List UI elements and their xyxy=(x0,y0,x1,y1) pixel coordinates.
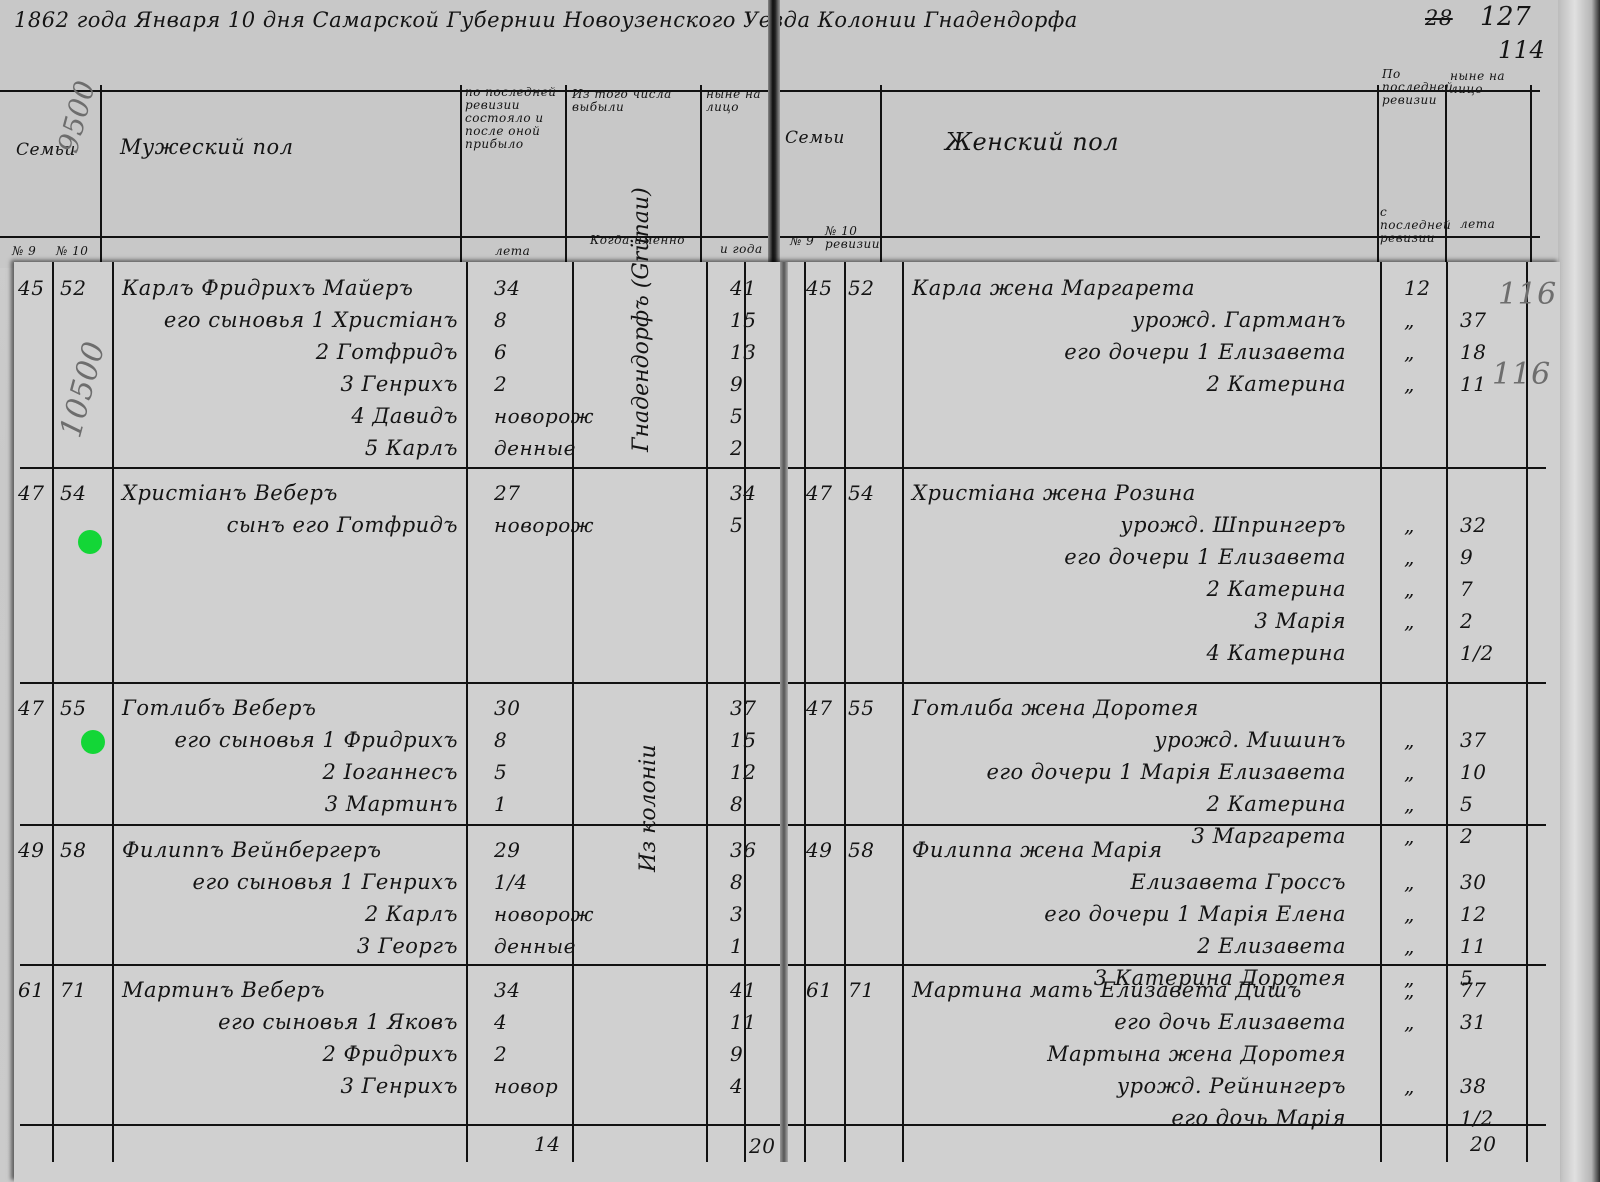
male-age-previous: новорож xyxy=(494,902,594,926)
pencil-mark: 10500 xyxy=(53,338,112,442)
male-age-previous: новор xyxy=(494,1074,558,1098)
column-rule xyxy=(706,262,708,1162)
col-female-last-revision: По последней ревизии xyxy=(1382,68,1442,107)
female-person-name: 3 Марія xyxy=(1254,609,1346,633)
sub-no9-right: № 9 xyxy=(790,235,814,248)
male-age-previous: 1 xyxy=(494,792,507,816)
header-divider xyxy=(565,85,567,265)
male-person-name: его сыновья 1 Яковъ xyxy=(218,1010,458,1034)
column-rule xyxy=(844,262,846,1162)
female-age-previous: „ xyxy=(1404,728,1415,752)
sub-years2: и года xyxy=(720,243,763,256)
female-person-name: Филиппа жена Марія xyxy=(912,838,1163,862)
female-person-name: урожд. Гартманъ xyxy=(1132,308,1346,332)
female-age-previous: „ xyxy=(1404,760,1415,784)
col-now: ныне на лицо xyxy=(706,88,764,114)
female-person-name: его дочери 1 Елизавета xyxy=(1064,340,1346,364)
header-divider xyxy=(1445,85,1447,265)
female-age-now: 32 xyxy=(1460,513,1486,537)
male-person-name: 3 Мартинъ xyxy=(325,792,458,816)
female-person-name: Мартина мать Елизавета Дишъ xyxy=(912,978,1302,1002)
female-age-previous: „ xyxy=(1404,372,1415,396)
female-person-name: его дочь Марія xyxy=(1171,1106,1346,1130)
female-age-now: 38 xyxy=(1460,1074,1486,1098)
header-divider xyxy=(1377,85,1379,265)
column-rule xyxy=(902,262,904,1162)
binding-tear xyxy=(768,0,780,262)
total-male-prev: 14 xyxy=(534,1132,560,1156)
female-person-name: Карла жена Маргарета xyxy=(912,276,1195,300)
male-person-name: 4 Давидъ xyxy=(351,404,458,428)
total-male-now: 20 xyxy=(749,1134,775,1158)
female-person-name: 4 Катерина xyxy=(1207,641,1346,665)
male-family-number: 49 xyxy=(18,838,44,862)
female-age-now: 7 xyxy=(1460,577,1473,601)
male-person-name: 2 Іоганнесъ xyxy=(323,760,458,784)
header-line: 1862 года Января 10 дня Самарской Губерн… xyxy=(14,8,1078,32)
male-age-now: 9 xyxy=(730,1042,743,1066)
female-person-name: Христіана жена Розина xyxy=(912,481,1196,505)
female-person-name: урожд. Шпрингеръ xyxy=(1120,513,1346,537)
male-person-name: Христіанъ Веберъ xyxy=(122,481,338,505)
header-divider xyxy=(100,85,102,265)
column-rule xyxy=(52,262,54,1162)
male-age-previous: 34 xyxy=(494,276,520,300)
departed-note: Из колоніи xyxy=(636,744,661,872)
female-age-previous: „ xyxy=(1404,870,1415,894)
male-age-now: 8 xyxy=(730,870,743,894)
female-age-now: 11 xyxy=(1460,934,1486,958)
male-age-previous: 8 xyxy=(494,308,507,332)
sub-last-revision: с последней ревизии xyxy=(1380,206,1442,245)
female-age-previous: „ xyxy=(1404,340,1415,364)
female-family-number: 61 xyxy=(806,978,832,1002)
col-last-revision: по последней ревизии состояло и после он… xyxy=(465,86,560,151)
header-divider xyxy=(460,85,462,265)
male-age-previous: новорож xyxy=(494,513,594,537)
male-age-previous: 6 xyxy=(494,340,507,364)
male-person-name: 3 Генрихъ xyxy=(340,372,458,396)
male-age-now: 5 xyxy=(730,404,743,428)
column-rule xyxy=(466,262,468,1162)
male-revision-number: 54 xyxy=(60,481,86,505)
male-person-name: 5 Карлъ xyxy=(365,436,458,460)
female-age-now: 1/2 xyxy=(1460,641,1494,665)
female-family-number: 45 xyxy=(806,276,832,300)
female-person-name: 3 Маргарета xyxy=(1192,824,1346,848)
male-age-previous: 4 xyxy=(494,1010,507,1034)
male-family-number: 45 xyxy=(18,276,44,300)
male-age-now: 36 xyxy=(730,838,756,862)
column-rule xyxy=(572,262,574,1162)
female-person-name: Готлиба жена Доротея xyxy=(912,696,1199,720)
male-person-name: сынъ его Готфридъ xyxy=(227,513,458,537)
male-age-now: 15 xyxy=(730,728,756,752)
female-age-now: 5 xyxy=(1460,792,1473,816)
female-person-name: 2 Катерина xyxy=(1207,792,1346,816)
male-person-name: его сыновья 1 Генрихъ xyxy=(193,870,458,894)
column-rule xyxy=(112,262,114,1162)
sub-years-female: лета xyxy=(1460,218,1495,231)
header-divider xyxy=(880,85,882,265)
male-person-name: его сыновья 1 Фридрихъ xyxy=(175,728,459,752)
male-age-now: 9 xyxy=(730,372,743,396)
page-number-overwrite: 114 xyxy=(1498,36,1545,64)
header-divider xyxy=(1530,85,1532,265)
sub-no9: № 9 xyxy=(12,245,36,258)
male-age-now: 11 xyxy=(730,1010,756,1034)
female-person-name: его дочери 1 Елизавета xyxy=(1064,545,1346,569)
female-person-name: 2 Катерина xyxy=(1207,372,1346,396)
male-age-now: 5 xyxy=(730,513,743,537)
female-age-previous: „ xyxy=(1404,902,1415,926)
male-age-now: 12 xyxy=(730,760,756,784)
male-person-name: его сыновья 1 Христіанъ xyxy=(164,308,458,332)
male-age-previous: денные xyxy=(494,436,576,460)
male-age-now: 2 xyxy=(730,436,743,460)
male-revision-number: 71 xyxy=(60,978,86,1002)
header-divider xyxy=(700,85,702,265)
female-age-previous: „ xyxy=(1404,513,1415,537)
male-person-name: Мартинъ Веберъ xyxy=(122,978,325,1002)
male-age-now: 8 xyxy=(730,792,743,816)
female-person-name: урожд. Рейнингеръ xyxy=(1117,1074,1346,1098)
male-person-name: 2 Фридрихъ xyxy=(322,1042,458,1066)
male-person-name: 3 Генрихъ xyxy=(340,1074,458,1098)
male-age-previous: 2 xyxy=(494,372,507,396)
female-age-previous: „ xyxy=(1404,934,1415,958)
female-age-now: 12 xyxy=(1460,902,1486,926)
male-age-previous: 27 xyxy=(494,481,520,505)
female-age-previous: „ xyxy=(1404,545,1415,569)
male-revision-number: 58 xyxy=(60,838,86,862)
female-age-previous: 12 xyxy=(1404,276,1430,300)
male-age-previous: новорож xyxy=(494,404,594,428)
male-age-previous: денные xyxy=(494,934,576,958)
female-age-now: 30 xyxy=(1460,870,1486,894)
female-revision-number: 71 xyxy=(848,978,874,1002)
male-age-now: 34 xyxy=(730,481,756,505)
upper-header-sheet xyxy=(0,0,1560,268)
male-revision-number: 52 xyxy=(60,276,86,300)
male-person-name: 2 Карлъ xyxy=(365,902,458,926)
column-rule xyxy=(1446,262,1448,1162)
page-number-crossed: 28 xyxy=(1425,6,1453,30)
total-female-now: 20 xyxy=(1470,1132,1496,1156)
entries-sheet: 4552Карлъ Фридрихъ Майеръ3441его сыновья… xyxy=(14,262,1560,1182)
male-person-name: 3 Георгъ xyxy=(357,934,458,958)
male-family-number: 47 xyxy=(18,481,44,505)
female-age-now: 2 xyxy=(1460,609,1473,633)
female-family-number: 49 xyxy=(806,838,832,862)
female-age-previous: „ xyxy=(1404,824,1415,848)
book-edge xyxy=(1558,0,1600,1182)
ledger-page: 1862 года Января 10 дня Самарской Губерн… xyxy=(0,0,1600,1182)
female-person-name: его дочери 1 Марія Елена xyxy=(1044,902,1346,926)
male-age-previous: 34 xyxy=(494,978,520,1002)
sub-no10: № 10 xyxy=(56,245,88,258)
male-person-name: 2 Готфридъ xyxy=(316,340,458,364)
female-age-previous: „ xyxy=(1404,1010,1415,1034)
male-age-now: 3 xyxy=(730,902,743,926)
female-revision-number: 58 xyxy=(848,838,874,862)
female-age-previous: „ xyxy=(1404,792,1415,816)
male-age-previous: 29 xyxy=(494,838,520,862)
female-person-name: Елизавета Гроссъ xyxy=(1131,870,1346,894)
male-age-now: 37 xyxy=(730,696,756,720)
male-age-now: 1 xyxy=(730,934,743,958)
male-age-previous: 8 xyxy=(494,728,507,752)
female-age-now: 11 xyxy=(1460,372,1486,396)
female-person-name: 2 Елизавета xyxy=(1197,934,1346,958)
female-family-number: 47 xyxy=(806,481,832,505)
female-age-previous: „ xyxy=(1404,577,1415,601)
pencil-mark: 116 xyxy=(1492,357,1551,392)
male-age-now: 15 xyxy=(730,308,756,332)
male-family-number: 61 xyxy=(18,978,44,1002)
female-person-name: его дочери 1 Марія Елизавета xyxy=(986,760,1346,784)
female-age-previous: „ xyxy=(1404,978,1415,1002)
female-age-now: 1/2 xyxy=(1460,1106,1494,1130)
sub-years: лета xyxy=(495,245,530,258)
page-fold xyxy=(780,262,788,1162)
col-families-right: Семьи xyxy=(785,128,845,148)
sub-no10-right: № 10 ревизии xyxy=(825,225,880,251)
female-age-previous: „ xyxy=(1404,609,1415,633)
male-person-name: Готлибъ Веберъ xyxy=(122,696,316,720)
female-age-now: 31 xyxy=(1460,1010,1486,1034)
female-age-now: 37 xyxy=(1460,728,1486,752)
male-age-now: 13 xyxy=(730,340,756,364)
female-age-now: 77 xyxy=(1460,978,1486,1002)
male-age-now: 4 xyxy=(730,1074,743,1098)
male-age-previous: 30 xyxy=(494,696,520,720)
female-age-now: 10 xyxy=(1460,760,1486,784)
male-age-now: 41 xyxy=(730,276,756,300)
male-age-now: 41 xyxy=(730,978,756,1002)
col-female-now: ныне на лицо xyxy=(1450,70,1520,96)
female-age-now: 2 xyxy=(1460,824,1473,848)
male-age-previous: 1/4 xyxy=(494,870,528,894)
male-person-name: Филиппъ Вейнбергеръ xyxy=(122,838,381,862)
female-age-previous: „ xyxy=(1404,308,1415,332)
female-revision-number: 55 xyxy=(848,696,874,720)
female-person-name: урожд. Мишинъ xyxy=(1154,728,1346,752)
pencil-mark: 116 xyxy=(1498,277,1557,312)
page-number: 127 xyxy=(1480,2,1531,32)
departed-note: Гнадендорфъ (Grünau) xyxy=(629,187,654,452)
col-departed: Из того числа выбыли xyxy=(572,88,692,114)
col-male: Мужеский пол xyxy=(120,135,294,159)
female-person-name: Мартына жена Доротея xyxy=(1047,1042,1346,1066)
green-marker xyxy=(78,530,102,554)
column-rule xyxy=(1526,262,1528,1162)
female-revision-number: 52 xyxy=(848,276,874,300)
male-person-name: Карлъ Фридрихъ Майеръ xyxy=(122,276,413,300)
female-revision-number: 54 xyxy=(848,481,874,505)
green-marker xyxy=(81,730,105,754)
male-age-previous: 5 xyxy=(494,760,507,784)
female-age-now: 37 xyxy=(1460,308,1486,332)
column-rule xyxy=(1380,262,1382,1162)
female-person-name: его дочь Елизавета xyxy=(1114,1010,1346,1034)
female-age-now: 18 xyxy=(1460,340,1486,364)
female-age-now: 9 xyxy=(1460,545,1473,569)
male-age-previous: 2 xyxy=(494,1042,507,1066)
male-family-number: 47 xyxy=(18,696,44,720)
female-person-name: 2 Катерина xyxy=(1207,577,1346,601)
female-family-number: 47 xyxy=(806,696,832,720)
col-female: Женский пол xyxy=(945,128,1119,156)
female-age-previous: „ xyxy=(1404,1074,1415,1098)
male-revision-number: 55 xyxy=(60,696,86,720)
